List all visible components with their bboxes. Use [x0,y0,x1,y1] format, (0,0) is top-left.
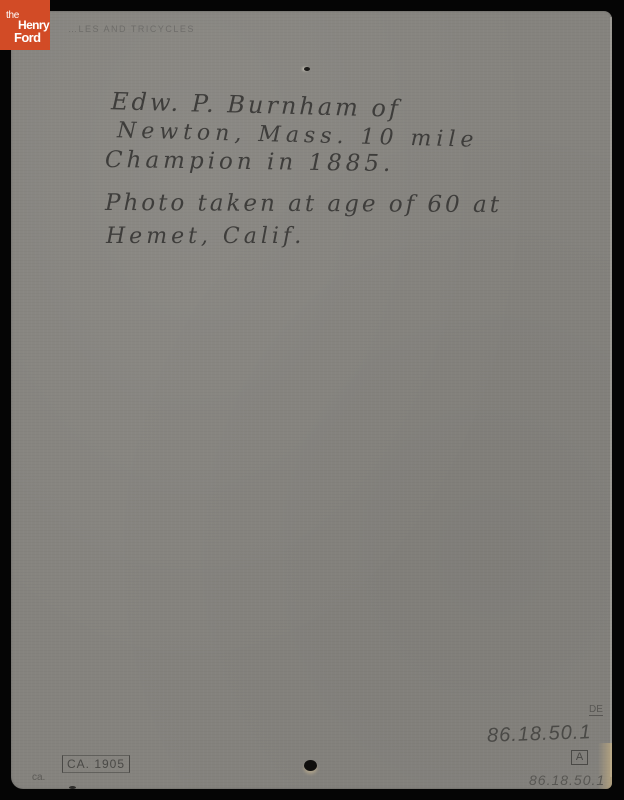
date-annotation: CA. 1905 [62,755,130,773]
accession-number-repeat: 86.18.50.1 [529,772,605,788]
inscription-line-4: Photo taken at age of 60 at [105,190,502,218]
faint-stamp: …LES AND TRICYCLES [68,24,195,34]
scan-viewer: the Henry Ford …LES AND TRICYCLES Edw. P… [0,0,624,800]
inscription-line-5: Hemet, Calif. [106,224,305,249]
accession-number: 86.18.50.1 [487,721,592,748]
ink-smudge [69,786,76,789]
inscription-line-3: Champion in 1885. [105,147,395,177]
card-edge [610,17,612,777]
inscription-line-1: Edw. P. Burnham of [111,87,402,123]
photo-mount-card-back: …LES AND TRICYCLES Edw. P. Burnham of Ne… [11,11,612,789]
box-letter: A [571,750,588,765]
pin-hole-bottom [304,760,317,771]
logo-ford: Ford [14,31,40,44]
date-prefix: ca. [32,772,45,783]
pin-hole-top [304,67,310,71]
corner-mark: DE [589,704,603,716]
the-henry-ford-logo: the Henry Ford [0,0,50,50]
